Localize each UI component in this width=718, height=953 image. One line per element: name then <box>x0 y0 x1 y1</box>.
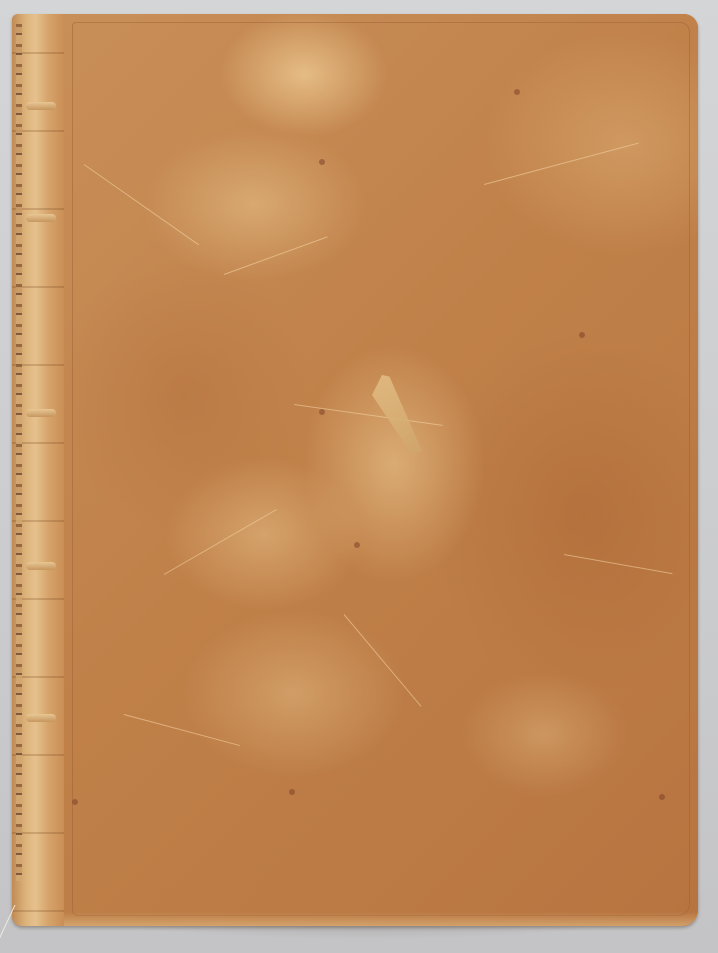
front-cover <box>64 14 698 926</box>
stain-spot <box>319 409 325 415</box>
spine-band <box>26 102 56 110</box>
spine-band <box>26 562 56 570</box>
spine-edge <box>16 24 22 881</box>
spine-band <box>26 409 56 417</box>
stain-spot <box>579 332 585 338</box>
stain-spot <box>514 89 520 95</box>
blind-fillet-border <box>72 22 690 916</box>
stain-spot <box>354 542 360 548</box>
book-spine <box>12 14 65 926</box>
stain-spot <box>659 794 665 800</box>
spine-band <box>26 214 56 222</box>
book <box>12 14 698 926</box>
stain-spot <box>72 799 78 805</box>
spine-band <box>26 714 56 722</box>
stain-spot <box>319 159 325 165</box>
bottom-edge-wear <box>64 912 698 926</box>
stain-spot <box>289 789 295 795</box>
